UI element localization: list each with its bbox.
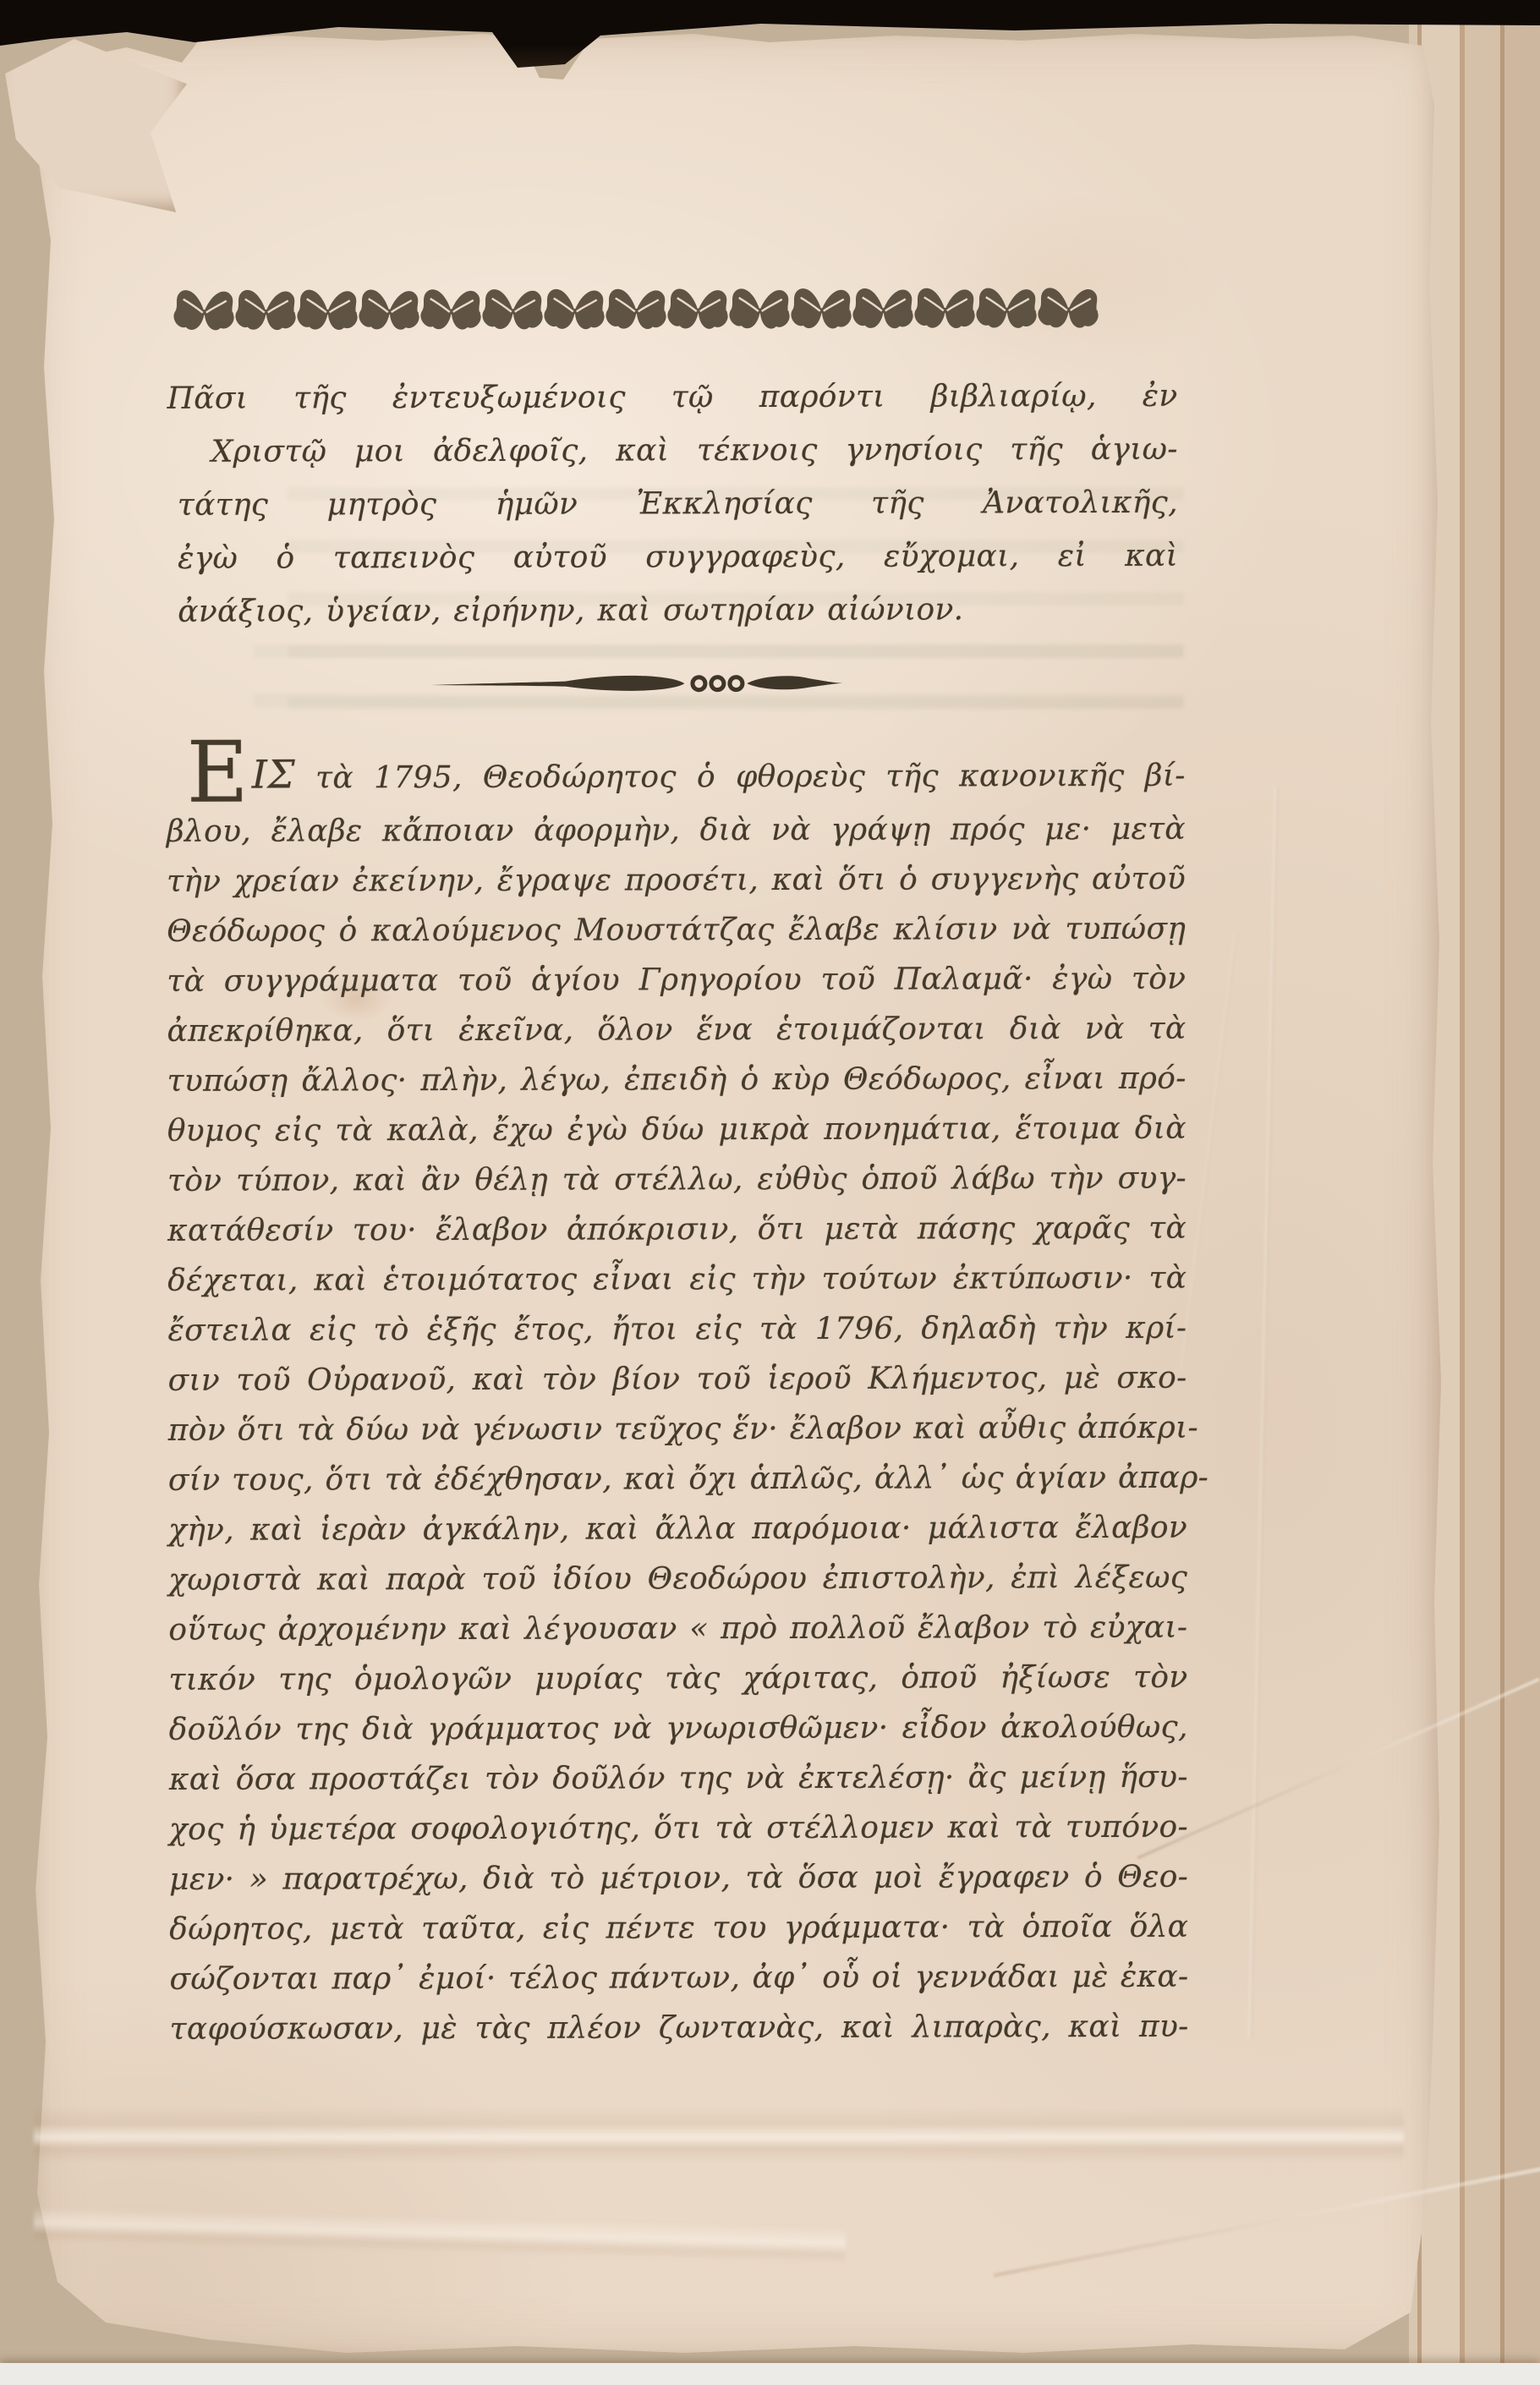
body-line: οὕτως ἀρχομένην καὶ λέγουσαν « πρὸ πολλο… <box>168 1603 1187 1655</box>
body-line: χὴν, καὶ ἱερὰν ἀγκάλην, καὶ ἄλλα παρόμοι… <box>168 1503 1187 1555</box>
body-line: τὴν χρείαν ἐκείνην, ἔγραψε προσέτι, καὶ … <box>167 854 1186 907</box>
body-line: θυμος εἰς τὰ καλὰ, ἔχω ἐγὼ δύω μικρὰ πον… <box>167 1104 1187 1156</box>
drop-cap-small-caps: ΙΣ <box>252 751 295 797</box>
body-line: ἔστειλα εἰς τὸ ἑξῆς ἔτος, ἤτοι εἰς τὰ 17… <box>167 1303 1187 1356</box>
body-line: χος ἡ ὑμετέρα σοφολογιότης, ὅτι τὰ στέλλ… <box>169 1802 1188 1855</box>
body-line: τυπώσῃ ἄλλος· πλὴν, λέγω, ἐπειδὴ ὁ κὺρ Θ… <box>167 1054 1187 1106</box>
body-line: σώζονται παρ᾽ ἐμοί· τέλος πάντων, ἀφ᾽ οὗ… <box>169 1952 1188 2004</box>
body-line: Θεόδωρος ὁ καλούμενος Μουστάτζας ἔλαβε κ… <box>167 904 1186 957</box>
body-line: δώρητος, μετὰ ταῦτα, εἰς πέντε του γράμμ… <box>169 1902 1188 1955</box>
body-line: πὸν ὅτι τὰ δύω νὰ γένωσιν τεῦχος ἕν· ἔλα… <box>168 1403 1187 1456</box>
body-lines: βλου, ἔλαβε κἄποιαν ἀφορμὴν, διὰ νὰ γράψ… <box>167 804 1189 2054</box>
body-first-line: ΕΙΣ τὰ 1795, Θεοδώρητος ὁ φθορεὺς τῆς κα… <box>167 737 1186 807</box>
body-line: κατάθεσίν του· ἔλαβον ἀπόκρισιν, ὅτι μετ… <box>167 1203 1187 1256</box>
body-line: σιν τοῦ Οὐρανοῦ, καὶ τὸν βίον τοῦ ἱεροῦ … <box>168 1353 1187 1406</box>
ornament-band <box>171 271 1101 348</box>
intro-line: ἐγὼ ὁ ταπεινὸς αὐτοῦ συγγραφεὺς, εὔχομαι… <box>167 529 1178 585</box>
intro-line: Πᾶσι τῆς ἐντευξωμένοις τῷ παρόντι βιβλια… <box>167 370 1177 425</box>
body-line: ἀπεκρίθηκα, ὅτι ἐκεῖνα, ὅλον ἕνα ἑτοιμάζ… <box>167 1004 1186 1056</box>
intro-line: ἀνάξιος, ὑγείαν, εἰρήνην, καὶ σωτηρίαν α… <box>167 583 1178 639</box>
body-line: δοῦλόν της διὰ γράμματος νὰ γνωρισθῶμεν·… <box>169 1702 1188 1755</box>
body-line: τὸν τύπον, καὶ ἂν θέλῃ τὰ στέλλω, εὐθὺς … <box>167 1154 1187 1206</box>
body-line: μεν· » παρατρέχω, διὰ τὸ μέτριον, τὰ ὅσα… <box>169 1852 1188 1905</box>
body-line: ταφούσκωσαν, μὲ τὰς πλέον ζωντανὰς, καὶ … <box>170 2002 1189 2054</box>
body-line: τικόν της ὁμολογῶν μυρίας τὰς χάριτας, ὁ… <box>168 1653 1187 1705</box>
body-paragraph: ΕΙΣ τὰ 1795, Θεοδώρητος ὁ φθορεὺς τῆς κα… <box>167 737 1189 2054</box>
body-line: τὰ συγγράμματα τοῦ ἁγίου Γρηγορίου τοῦ Π… <box>167 954 1186 1006</box>
tapered-rule-with-beads-icon <box>425 666 844 701</box>
body-first-line-text: τὰ 1795, Θεοδώρητος ὁ φθορεὺς τῆς κανονι… <box>295 759 1186 796</box>
body-line: βλου, ἔλαβε κἄποιαν ἀφορμὴν, διὰ νὰ γράψ… <box>167 804 1186 857</box>
book-page-scan: Πᾶσι τῆς ἐντευξωμένοις τῷ παρόντι βιβλια… <box>0 0 1540 2385</box>
body-line: καὶ ὅσα προστάζει τὸν δοῦλόν της νὰ ἐκτε… <box>169 1752 1188 1805</box>
body-line: χωριστὰ καὶ παρὰ τοῦ ἰδίου Θεοδώρου ἐπισ… <box>168 1553 1187 1605</box>
oak-leaf-garland-icon <box>171 271 1101 348</box>
intro-line: Χριστῷ μοι ἀδελφοῖς, καὶ τέκνοις γνησίοι… <box>167 423 1178 479</box>
body-line: σίν τους, ὅτι τὰ ἐδέχθησαν, καὶ ὄχι ἁπλῶ… <box>168 1453 1187 1505</box>
intro-paragraph: Πᾶσι τῆς ἐντευξωμένοις τῷ παρόντι βιβλια… <box>167 370 1178 639</box>
intro-line: τάτης μητρὸς ἡμῶν Ἐκκλησίας τῆς Ἀνατολικ… <box>167 476 1178 532</box>
body-line: δέχεται, καὶ ἑτοιμότατος εἶναι εἰς τὴν τ… <box>167 1253 1187 1306</box>
printed-text-layer: Πᾶσι τῆς ἐντευξωμένοις τῷ παρόντι βιβλια… <box>0 0 1540 2385</box>
section-divider <box>425 666 844 701</box>
